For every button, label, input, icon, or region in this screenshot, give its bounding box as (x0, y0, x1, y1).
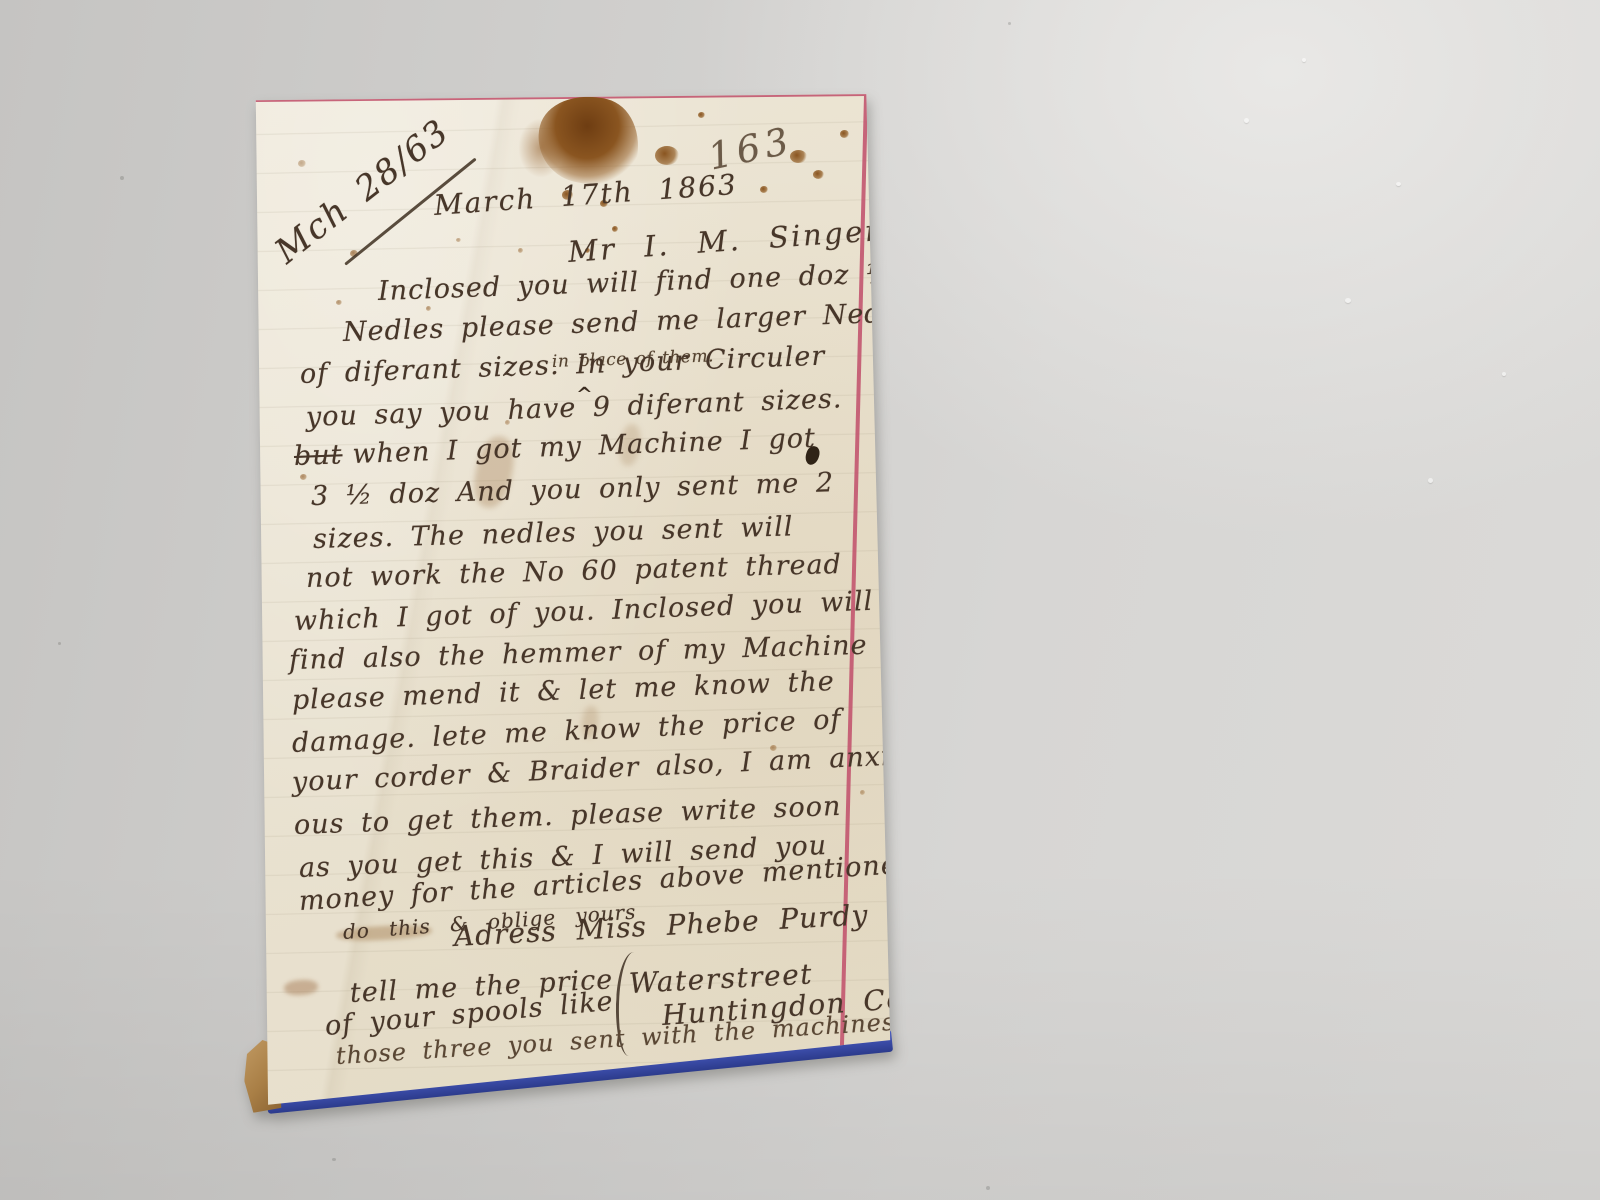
letter-photograph: Mch 28/63 163 March 17th 1863 Mr I. M. S… (0, 0, 1600, 1200)
strikethrough-word: but (293, 439, 343, 472)
letter-paper: Mch 28/63 163 March 17th 1863 Mr I. M. S… (250, 90, 896, 1115)
